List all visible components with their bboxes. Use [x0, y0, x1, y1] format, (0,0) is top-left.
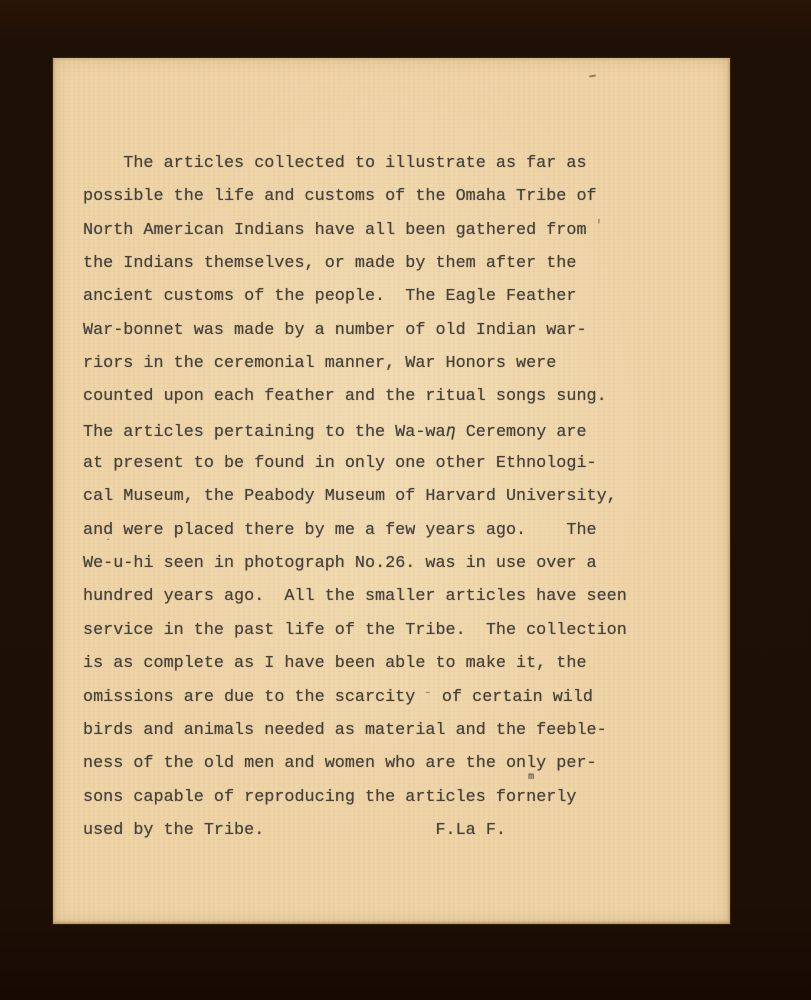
inserted-correction-mark: ´: [105, 540, 111, 550]
text-line-10: at present to be found in only one other…: [83, 447, 683, 480]
scan-backdrop: { "page": { "kind": "typewritten-manuscr…: [0, 0, 811, 1000]
text-line-7: riors in the ceremonial manner, War Hono…: [83, 347, 683, 380]
text-line-5: ancient customs of the people. The Eagle…: [83, 280, 683, 313]
text-line-20: sons capable of reproducing the articles…: [83, 781, 683, 814]
text-line-1: The articles collected to illustrate as …: [83, 147, 683, 180]
text-line-6: War-bonnet was made by a number of old I…: [83, 314, 683, 347]
text-line-8: counted upon each feather and the ritual…: [83, 380, 683, 413]
text-line-17: omissions are due to the scarcity - of c…: [83, 681, 683, 714]
text-line-18: birds and animals needed as material and…: [83, 714, 683, 747]
text-line-13: We-´u-hi seen in photograph No.26. was i…: [83, 547, 683, 580]
text-line-14: hundred years ago. All the smaller artic…: [83, 580, 683, 613]
text-line-9: The articles pertaining to the Wa-waƞ Ce…: [83, 414, 683, 447]
paper-speck: [589, 75, 596, 78]
inserted-correction-mark: m: [528, 773, 534, 783]
text-line-15: service in the past life of the Tribe. T…: [83, 614, 683, 647]
typewritten-text: The articles collected to illustrate as …: [83, 147, 683, 847]
text-line-21: used by the Tribe. F.La F.: [83, 814, 683, 847]
text-line-12: and were placed there by me a few years …: [83, 514, 683, 547]
text-line-4: the Indians themselves, or made by them …: [83, 247, 683, 280]
text-line-11: cal Museum, the Peabody Museum of Harvar…: [83, 480, 683, 513]
text-line-2: possible the life and customs of the Oma…: [83, 180, 683, 213]
text-line-3: North American Indians have all been gat…: [83, 214, 683, 247]
text-line-19: ness of the old men and women who are th…: [83, 747, 683, 780]
text-line-16: is as complete as I have been able to ma…: [83, 647, 683, 680]
document-page: The articles collected to illustrate as …: [53, 58, 730, 924]
